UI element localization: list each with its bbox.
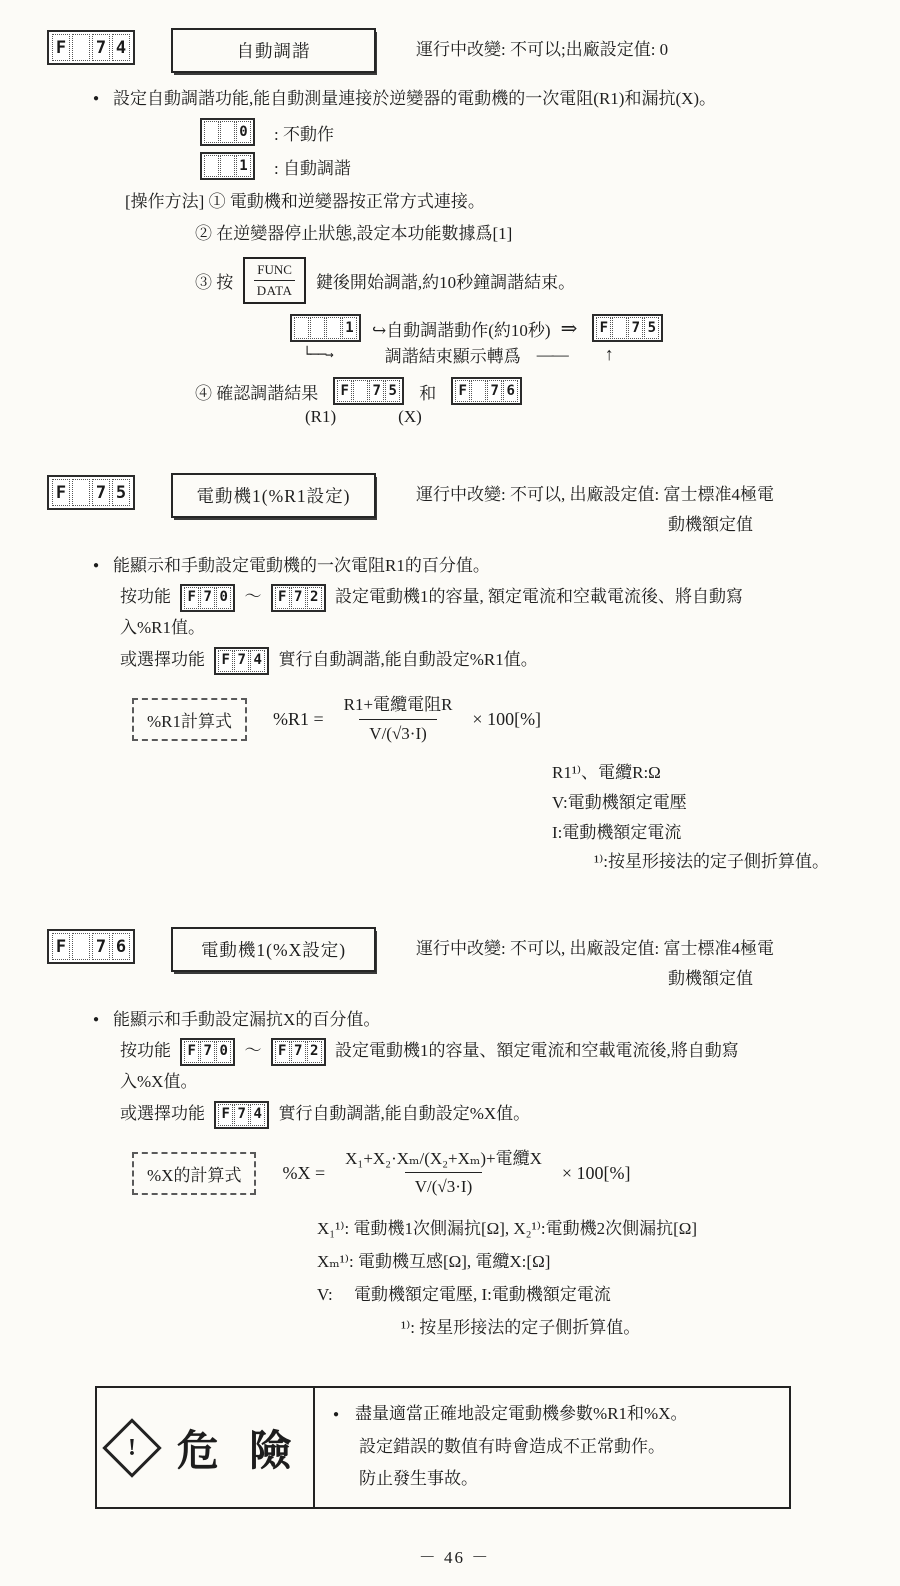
manual-page: F74 自動調諧 運行中改變: 不可以;出廠設定值: 0 ● 設定自動調諧功能,… <box>0 0 900 1586</box>
segment-cell: 5 <box>112 479 130 506</box>
seven-segment-display-f70: F70 <box>180 1038 235 1066</box>
tuning-diagram-row2: └──→ 調諧結束顯示轉爲 —— ↑ <box>285 342 862 367</box>
section-f75: F75 電動機1(%R1設定) 運行中改變: 不可以, 出廠設定值: 富士標准4… <box>47 473 862 877</box>
bullet-icon: ● <box>93 85 99 112</box>
f75-formula-fraction: R1+電纜電阻R V/(√3·I) <box>334 695 463 744</box>
segment-cell <box>204 155 219 177</box>
f76-header: F76 電動機1(%X設定) 運行中改變: 不可以, 出廠設定值: 富士標准4極… <box>47 927 862 994</box>
f76-alt-pre: 或選擇功能 <box>120 1104 205 1123</box>
segment-cell <box>294 317 309 339</box>
f76-alt-line: 或選擇功能 F74 實行自動調諧,能自動設定%X值。 <box>120 1098 862 1129</box>
f75-description-row: ● 能顯示和手動設定電動機的一次電阻R1的百分值。 <box>93 552 862 579</box>
f76-notes: X₁¹⁾: 電動機1次側漏抗[Ω], X₂¹⁾:電動機2次側漏抗[Ω] Xₘ¹⁾… <box>317 1212 862 1345</box>
segment-cell: 7 <box>92 34 110 61</box>
f75-header: F75 電動機1(%R1設定) 運行中改變: 不可以, 出廠設定值: 富士標准4… <box>47 473 862 540</box>
segment-cell: F <box>218 650 233 672</box>
f76-formula-rhs: × 100[%] <box>562 1163 631 1184</box>
danger-line-2: 設定錯誤的數值有時會造成不正常動作。 <box>333 1431 775 1463</box>
seven-segment-display-f75-ref: F75 <box>333 377 404 405</box>
segment-cell <box>353 380 368 402</box>
data-key-label: DATA <box>254 281 295 299</box>
segment-cell <box>72 34 90 61</box>
f76-note-vi: V: 電動機額定電壓, I:電動機額定電流 <box>317 1278 862 1311</box>
f74-value0-label: : 不動作 <box>274 120 334 145</box>
segment-cell <box>326 317 341 339</box>
seven-segment-display-f76-ref: F76 <box>451 377 522 405</box>
segment-cell <box>204 121 219 143</box>
seven-segment-display-result: F75 <box>592 314 663 342</box>
f76-description: 能顯示和手動設定漏抗X的百分值。 <box>113 1006 380 1033</box>
segment-cell: 7 <box>92 933 110 960</box>
seven-segment-display-tuning: 1 <box>290 314 361 342</box>
f74-value1-label: : 自動調諧 <box>274 154 351 179</box>
seven-segment-display-f74: F74 <box>47 30 135 65</box>
f76-title: 電動機1(%X設定) <box>201 940 346 960</box>
f74-step4-and: 和 <box>419 379 436 404</box>
f75-title: 電動機1(%R1設定) <box>197 486 351 506</box>
segment-cell <box>310 317 325 339</box>
seven-segment-display-f76: F76 <box>47 929 135 964</box>
bullet-icon: ● <box>333 1398 339 1430</box>
f76-set-pre: 按功能 <box>120 1041 171 1060</box>
segment-cell <box>220 155 235 177</box>
segment-cell: F <box>275 1041 290 1063</box>
f76-formula-denominator: V/(√3·I) <box>405 1172 482 1197</box>
seven-segment-display-f74-ref: F74 <box>214 647 269 675</box>
segment-cell: 7 <box>291 587 306 609</box>
f74-value1-row: 1 : 自動調諧 <box>195 152 862 180</box>
segment-cell: 2 <box>307 1041 322 1063</box>
f74-step3-pre: ③ 按 <box>195 268 233 293</box>
tuning-action-text: ↪自動調諧動作(約10秒) <box>372 316 551 341</box>
segment-cell: F <box>52 34 70 61</box>
f75-alt-pre: 或選擇功能 <box>120 650 205 669</box>
danger-label: 危 險 <box>177 1418 302 1478</box>
segment-cell: 0 <box>216 587 231 609</box>
f75-set-line: 按功能 F70 ～ F72 設定電動機1的容量, 額定電流和空載電流後、將自動寫… <box>120 581 862 644</box>
segment-cell: F <box>52 933 70 960</box>
seven-segment-display-f70: F70 <box>180 584 235 612</box>
f76-runtime-line2: 動機額定值 <box>416 964 774 994</box>
f74-result-labels: (R1) (X) <box>305 407 862 427</box>
danger-line-1: ● 盡量適當正確地設定電動機參數%R1和%X。 <box>333 1398 775 1430</box>
f75-formula-rhs: × 100[%] <box>472 709 541 730</box>
segment-cell <box>612 317 627 339</box>
f75-description: 能顯示和手動設定電動機的一次電阻R1的百分值。 <box>113 552 490 579</box>
f75-runtime-line2: 動機額定值 <box>416 510 774 540</box>
seven-segment-display-f72: F72 <box>271 1038 326 1066</box>
f75-formula-denominator: V/(√3·I) <box>359 719 436 744</box>
f74-step3-post: 鍵後開始調諧,約10秒鐘調諧結束。 <box>316 268 575 293</box>
f74-value0-row: 0 : 不動作 <box>195 118 862 146</box>
f76-formula-lhs: %X = <box>282 1163 325 1184</box>
f76-note-footnote: ¹⁾: 按星形接法的定子側折算值。 <box>317 1311 862 1344</box>
segment-cell <box>72 933 90 960</box>
segment-cell: 7 <box>291 1041 306 1063</box>
f74-runtime-text: 運行中改變: 不可以;出廠設定值: 0 <box>416 28 668 65</box>
segment-cell: 7 <box>487 380 502 402</box>
danger-warning-box: ! 危 險 ● 盡量適當正確地設定電動機參數%R1和%X。 設定錯誤的數值有時會… <box>95 1386 791 1509</box>
f74-step4-pre: ④ 確認調諧結果 <box>195 379 318 404</box>
f75-runtime-line1: 運行中改變: 不可以, 出廠設定值: 富士標准4極電 <box>416 480 774 510</box>
segment-cell: F <box>337 380 352 402</box>
seven-segment-display-f72: F72 <box>271 584 326 612</box>
danger-text-area: ● 盡量適當正確地設定電動機參數%R1和%X。 設定錯誤的數值有時會造成不正常動… <box>315 1388 789 1507</box>
f75-set-pre: 按功能 <box>120 587 171 606</box>
func-data-key: FUNC DATA <box>243 257 306 305</box>
seven-segment-display-value1: 1 <box>200 152 255 180</box>
f75-formula: %R1 = R1+電纜電阻R V/(√3·I) × 100[%] <box>273 695 541 744</box>
segment-cell: 1 <box>342 317 357 339</box>
exclamation-icon: ! <box>128 1436 136 1460</box>
segment-cell <box>471 380 486 402</box>
segment-cell: 6 <box>503 380 518 402</box>
f75-formula-lhs: %R1 = <box>273 709 324 730</box>
segment-cell: 5 <box>644 317 659 339</box>
segment-cell <box>72 479 90 506</box>
f76-note-x1x2: X₁¹⁾: 電動機1次側漏抗[Ω], X₂¹⁾:電動機2次側漏抗[Ω] <box>317 1212 862 1245</box>
segment-cell: 7 <box>234 1104 249 1126</box>
segment-cell: 2 <box>307 587 322 609</box>
tilde-symbol: ～ <box>245 587 262 606</box>
tuning-diagram: 1 ↪自動調諧動作(約10秒) ⇒ F75 └──→ 調諧結束顯示轉爲 —— ↑ <box>285 314 862 367</box>
f76-set-post: 設定電動機1的容量、額定電流和空載電流後,將自動寫 <box>335 1041 739 1060</box>
segment-cell <box>220 121 235 143</box>
f74-description: 設定自動調諧功能,能自動測量連接於逆變器的電動機的一次電阻(R1)和漏抗(X)。 <box>113 85 716 112</box>
segment-cell: 7 <box>234 650 249 672</box>
f75-note-footnote: ¹⁾:按星形接法的定子側折算值。 <box>552 847 862 877</box>
f76-formula-row: %X的計算式 %X = X₁+X₂·Xₘ/(X₂+Xₘ)+電纜X V/(√3·I… <box>132 1149 862 1198</box>
segment-cell: 4 <box>250 650 265 672</box>
f74-header: F74 自動調諧 運行中改變: 不可以;出廠設定值: 0 <box>47 28 862 73</box>
f75-notes: R1¹⁾、電纜R:Ω V:電動機額定電壓 I:電動機額定電流 ¹⁾:按星形接法的… <box>552 758 862 877</box>
segment-cell: F <box>275 587 290 609</box>
danger-symbol-area: ! 危 險 <box>97 1388 315 1507</box>
f75-note-r1: R1¹⁾、電纜R:Ω <box>552 758 862 788</box>
bullet-icon: ● <box>93 1006 99 1033</box>
f75-runtime-text: 運行中改變: 不可以, 出廠設定值: 富士標准4極電 動機額定值 <box>416 473 774 540</box>
tilde-symbol: ～ <box>245 1041 262 1060</box>
f75-alt-post: 實行自動調諧,能自動設定%R1值。 <box>279 650 538 669</box>
f74-description-row: ● 設定自動調諧功能,能自動測量連接於逆變器的電動機的一次電阻(R1)和漏抗(X… <box>93 85 862 112</box>
f75-formula-label-box: %R1計算式 <box>132 698 247 741</box>
x-label: (X) <box>398 407 422 427</box>
segment-cell: 4 <box>112 34 130 61</box>
segment-cell: 0 <box>216 1041 231 1063</box>
up-arrow-icon: ↑ <box>605 344 614 365</box>
f75-note-v: V:電動機額定電壓 <box>552 788 862 818</box>
danger-line-3: 防止發生事故。 <box>333 1463 775 1495</box>
r1-label: (R1) <box>305 407 336 427</box>
f76-formula-label-box: %X的計算式 <box>132 1152 256 1195</box>
f76-formula-fraction: X₁+X₂·Xₘ/(X₂+Xₘ)+電纜X V/(√3·I) <box>335 1149 552 1198</box>
f76-set-line: 按功能 F70 ～ F72 設定電動機1的容量、額定電流和空載電流後,將自動寫 … <box>120 1035 862 1098</box>
f75-set-cont: 入%R1值。 <box>120 612 862 643</box>
f76-note-xm: Xₘ¹⁾: 電動機互感[Ω], 電纜X:[Ω] <box>317 1245 862 1278</box>
f74-title-box: 自動調諧 <box>171 28 376 73</box>
segment-cell: F <box>596 317 611 339</box>
seven-segment-display-f75: F75 <box>47 475 135 510</box>
segment-cell: 1 <box>236 155 251 177</box>
f76-runtime-line1: 運行中改變: 不可以, 出廠設定值: 富士標准4極電 <box>416 934 774 964</box>
page-number: － 46 － <box>47 1543 862 1568</box>
bullet-icon: ● <box>93 552 99 579</box>
segment-cell: 0 <box>236 121 251 143</box>
section-f76: F76 電動機1(%X設定) 運行中改變: 不可以, 出廠設定值: 富士標准4極… <box>47 927 862 1344</box>
segment-cell: 4 <box>250 1104 265 1126</box>
f75-formula-numerator: R1+電纜電阻R <box>334 695 463 718</box>
f76-formula: %X = X₁+X₂·Xₘ/(X₂+Xₘ)+電纜X V/(√3·I) × 100… <box>282 1149 630 1198</box>
diamond-warning-icon: ! <box>102 1418 161 1477</box>
tuning-note-text: 調諧結束顯示轉爲 <box>385 342 521 367</box>
f76-runtime-text: 運行中改變: 不可以, 出廠設定值: 富士標准4極電 動機額定值 <box>416 927 774 994</box>
segment-cell: 7 <box>92 479 110 506</box>
f76-title-box: 電動機1(%X設定) <box>171 927 376 972</box>
f76-description-row: ● 能顯示和手動設定漏抗X的百分值。 <box>93 1006 862 1033</box>
segment-cell: 7 <box>200 587 215 609</box>
segment-cell: 6 <box>112 933 130 960</box>
double-arrow-icon: ⇒ <box>561 316 578 341</box>
f74-step4: ④ 確認調諧結果 F75 和 F76 <box>195 377 862 405</box>
segment-cell: F <box>184 1041 199 1063</box>
segment-cell: 7 <box>628 317 643 339</box>
danger-line-1-text: 盡量適當正確地設定電動機參數%R1和%X。 <box>355 1398 687 1430</box>
f74-step3: ③ 按 FUNC DATA 鍵後開始調諧,約10秒鐘調諧結束。 <box>195 257 862 305</box>
seven-segment-display-value0: 0 <box>200 118 255 146</box>
segment-cell: 7 <box>369 380 384 402</box>
f75-alt-line: 或選擇功能 F74 實行自動調諧,能自動設定%R1值。 <box>120 644 862 675</box>
f75-formula-row: %R1計算式 %R1 = R1+電纜電阻R V/(√3·I) × 100[%] <box>132 695 862 744</box>
tuning-diagram-row1: 1 ↪自動調諧動作(約10秒) ⇒ F75 <box>285 314 862 342</box>
f76-set-cont: 入%X值。 <box>120 1066 862 1097</box>
segment-cell: 5 <box>385 380 400 402</box>
f75-title-box: 電動機1(%R1設定) <box>171 473 376 518</box>
f76-alt-post: 實行自動調諧,能自動設定%X值。 <box>279 1104 531 1123</box>
f75-note-i: I:電動機額定電流 <box>552 818 862 848</box>
dash-line: —— <box>537 345 567 365</box>
seven-segment-display-f74-ref: F74 <box>214 1101 269 1129</box>
f74-operation-line: [操作方法] ① 電動機和逆變器按正常方式連接。 <box>125 186 862 218</box>
l-shaped-arrow-icon: └──→ <box>303 347 333 363</box>
func-key-label: FUNC <box>254 262 295 281</box>
f75-set-post: 設定電動機1的容量, 額定電流和空載電流後、將自動寫 <box>335 587 743 606</box>
segment-cell: F <box>184 587 199 609</box>
segment-cell: F <box>218 1104 233 1126</box>
f74-title: 自動調諧 <box>237 41 311 61</box>
f76-formula-numerator: X₁+X₂·Xₘ/(X₂+Xₘ)+電纜X <box>335 1149 552 1172</box>
segment-cell: 7 <box>200 1041 215 1063</box>
f74-step2: ② 在逆變器停止狀態,設定本功能數據爲[1] <box>195 218 862 250</box>
section-f74: F74 自動調諧 運行中改變: 不可以;出廠設定值: 0 ● 設定自動調諧功能,… <box>47 28 862 427</box>
segment-cell: F <box>455 380 470 402</box>
segment-cell: F <box>52 479 70 506</box>
